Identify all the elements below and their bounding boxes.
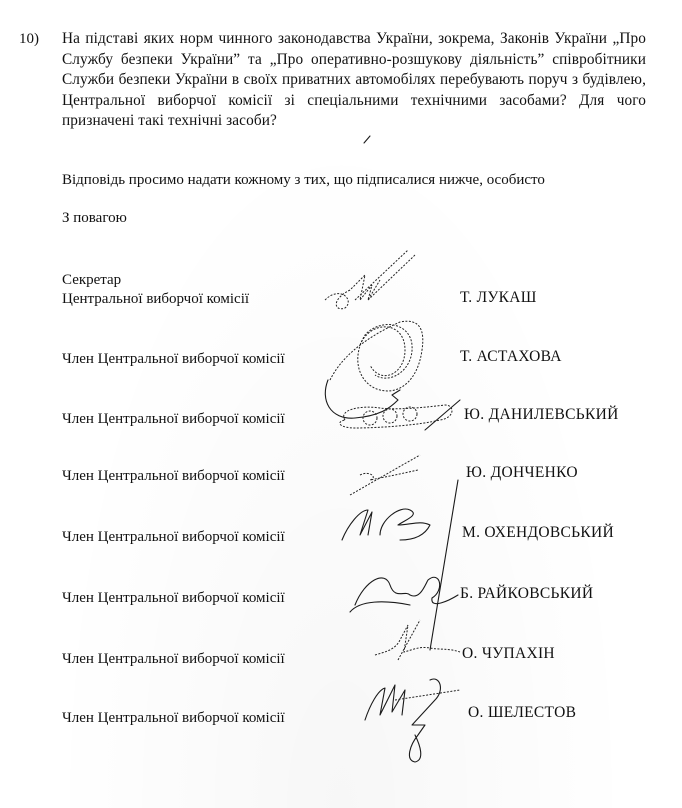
signatory-title: Член Центральної виборчої комісії (62, 350, 285, 369)
signatory-name: Т. ЛУКАШ (460, 289, 537, 307)
signature-lukash-icon (325, 250, 415, 309)
signature-danilevsky-icon (340, 400, 460, 430)
signature-shelestov-icon (365, 679, 460, 762)
signature-raikovsky-icon (350, 577, 458, 612)
signatory-title: Член Центральної виборчої комісії (62, 410, 285, 429)
signatory-name: Т. АСТАХОВА (460, 348, 562, 366)
signatory-name: М. ОХЕНДОВСЬКИЙ (462, 524, 614, 542)
signatory-name: Ю. ДАНИЛЕВСЬКИЙ (464, 406, 619, 424)
signature-donchenko-icon (350, 455, 420, 495)
signatory-title: Член Центральної виборчої комісії (62, 709, 285, 728)
signature-chupakhin-icon (375, 620, 460, 660)
signatory-title: Член Центральної виборчої комісії (62, 528, 285, 547)
request-line: Відповідь просимо надати кожному з тих, … (62, 172, 545, 189)
signature-okhendovsky-icon (342, 480, 458, 650)
signatory-title: Член Центральної виборчої комісії (62, 650, 285, 669)
question-paragraph: На підставі яких норм чинного законодавс… (62, 29, 646, 132)
signatory-name: Ю. ДОНЧЕНКО (466, 464, 578, 482)
signatory-name: О. ЧУПАХІН (462, 645, 555, 663)
signatory-title-line1: Секретар (62, 271, 121, 290)
signatory-name: Б. РАЙКОВСЬКИЙ (460, 585, 593, 603)
signatory-title-line2: Центральної виборчої комісії (62, 290, 249, 309)
signature-astakhova-icon (325, 321, 423, 418)
pen-mark-icon (364, 136, 370, 143)
signatory-name: О. ШЕЛЕСТОВ (468, 704, 576, 722)
signatory-title: Член Центральної виборчої комісії (62, 467, 285, 486)
signatory-title: Член Центральної виборчої комісії (62, 589, 285, 608)
closing-regards: З повагою (62, 210, 127, 227)
item-number: 10) (19, 31, 39, 48)
